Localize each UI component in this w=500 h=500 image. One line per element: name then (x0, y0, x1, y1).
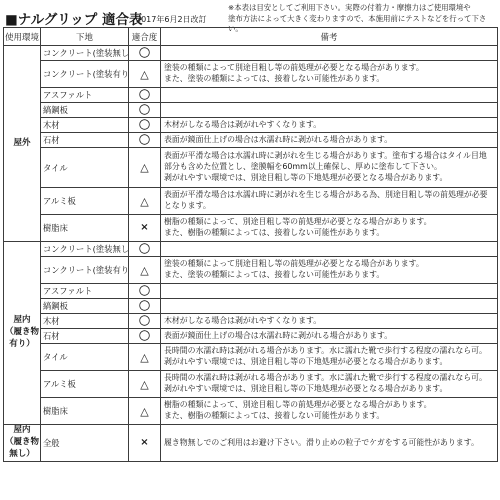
rating-cell: △ (129, 148, 161, 188)
compatibility-sheet: ■ナルグリップ 適合表 2017年6月2日改訂 ※本表は目安としてご利用下さい。… (0, 0, 500, 500)
revision-date: 2017年6月2日改訂 (136, 14, 207, 25)
remark-cell (161, 46, 498, 61)
substrate-cell: アルミ板 (41, 188, 129, 215)
remark-cell (161, 242, 498, 257)
table-row: 樹脂床 △ 樹脂の種類によって、別途目粗し等の前処理が必要となる場合があります。… (4, 398, 498, 425)
table-row: タイル △ 表面が平滑な場合は水濡れ時に剥がれを生じる場合があります。塗布する場… (4, 148, 498, 188)
col-header-substrate: 下地 (41, 28, 129, 46)
substrate-cell: アルミ板 (41, 371, 129, 398)
remark-cell: 履き物無しでのご利用はお避け下さい。滑り止めの粒子でケガをする可能性があります。 (161, 425, 498, 462)
remark-cell: 長時間の水濡れ時は剥がれる場合があります。水に濡れた靴で歩行する程度の濡れなら可… (161, 344, 498, 371)
rating-cell: ○ (129, 133, 161, 148)
rating-cell: × (129, 425, 161, 462)
substrate-cell: 樹脂床 (41, 398, 129, 425)
rating-cell: △ (129, 257, 161, 284)
substrate-cell: タイル (41, 148, 129, 188)
remark-cell: 木材がしなる場合は剥がれやすくなります。 (161, 118, 498, 133)
remark-cell (161, 299, 498, 314)
remark-cell: 表面が平滑な場合は水濡れ時に剥がれを生じる場合がある為、別途目粗し等の前処理が必… (161, 188, 498, 215)
substrate-cell: コンクリート(塗装有り) (41, 257, 129, 284)
substrate-cell: 樹脂床 (41, 215, 129, 242)
substrate-cell: アスファルト (41, 284, 129, 299)
substrate-cell: コンクリート(塗装有り) (41, 61, 129, 88)
rating-cell: ○ (129, 299, 161, 314)
rating-cell: △ (129, 61, 161, 88)
header-row: 使用環境 下地 適合度 備考 (4, 28, 498, 46)
substrate-cell: 木材 (41, 314, 129, 329)
remark-cell (161, 103, 498, 118)
rating-cell: ○ (129, 88, 161, 103)
rating-cell: ○ (129, 314, 161, 329)
table-row: 樹脂床 × 樹脂の種類によって、別途目粗し等の前処理が必要となる場合があります。… (4, 215, 498, 242)
table-row: 屋内 （履き物 無し） 全般 × 履き物無しでのご利用はお避け下さい。滑り止めの… (4, 425, 498, 462)
env-group-indoor-barefoot: 屋内 （履き物 無し） (4, 425, 41, 462)
col-header-env: 使用環境 (4, 28, 41, 46)
rating-cell: △ (129, 398, 161, 425)
table-row: 木材 ○ 木材がしなる場合は剥がれやすくなります。 (4, 118, 498, 133)
substrate-cell: 縞鋼板 (41, 299, 129, 314)
table-row: 木材 ○ 木材がしなる場合は剥がれやすくなります。 (4, 314, 498, 329)
rating-cell: ○ (129, 46, 161, 61)
substrate-cell: 石材 (41, 329, 129, 344)
table-row: 石材 ○ 表面が鏡面仕上げの場合は水濡れ時に剥がれる場合があります。 (4, 133, 498, 148)
substrate-cell: 全般 (41, 425, 129, 462)
remark-cell: 表面が平滑な場合は水濡れ時に剥がれを生じる場合があります。塗布する場合はタイル目… (161, 148, 498, 188)
substrate-cell: コンクリート(塗装無し) (41, 46, 129, 61)
rating-cell: × (129, 215, 161, 242)
substrate-cell: 石材 (41, 133, 129, 148)
rating-cell: ○ (129, 242, 161, 257)
env-group-indoor-footwear: 屋内 （履き物 有り） (4, 242, 41, 425)
remark-cell (161, 88, 498, 103)
rating-cell: ○ (129, 103, 161, 118)
table-row: 屋外 コンクリート(塗装無し) ○ (4, 46, 498, 61)
substrate-cell: タイル (41, 344, 129, 371)
table-row: 石材 ○ 表面が鏡面仕上げの場合は水濡れ時に剥がれる場合があります。 (4, 329, 498, 344)
rating-cell: ○ (129, 284, 161, 299)
rating-cell: ○ (129, 329, 161, 344)
rating-cell: △ (129, 344, 161, 371)
page-title: ■ナルグリップ 適合表 (5, 8, 142, 28)
table-row: タイル △ 長時間の水濡れ時は剥がれる場合があります。水に濡れた靴で歩行する程度… (4, 344, 498, 371)
remark-cell: 塗装の種類によって別途目粗し等の前処理が必要となる場合があります。 また、塗装の… (161, 61, 498, 88)
substrate-cell: 縞鋼板 (41, 103, 129, 118)
rating-cell: △ (129, 188, 161, 215)
table-row: コンクリート(塗装有り) △ 塗装の種類によって別途目粗し等の前処理が必要となる… (4, 61, 498, 88)
remark-cell (161, 284, 498, 299)
env-group-outdoor: 屋外 (4, 46, 41, 242)
table-row: アルミ板 △ 表面が平滑な場合は水濡れ時に剥がれを生じる場合がある為、別途目粗し… (4, 188, 498, 215)
remark-cell: 表面が鏡面仕上げの場合は水濡れ時に剥がれる場合があります。 (161, 329, 498, 344)
table-row: アスファルト ○ (4, 88, 498, 103)
substrate-cell: 木材 (41, 118, 129, 133)
table-row: アスファルト ○ (4, 284, 498, 299)
table-row: コンクリート(塗装有り) △ 塗装の種類によって別途目粗し等の前処理が必要となる… (4, 257, 498, 284)
remark-cell: 長時間の水濡れ時は剥がれる場合があります。水に濡れた靴で歩行する程度の濡れなら可… (161, 371, 498, 398)
table-row: アルミ板 △ 長時間の水濡れ時は剥がれる場合があります。水に濡れた靴で歩行する程… (4, 371, 498, 398)
table-row: 屋内 （履き物 有り） コンクリート(塗装無し) ○ (4, 242, 498, 257)
col-header-remarks: 備考 (161, 28, 498, 46)
compatibility-table: 使用環境 下地 適合度 備考 屋外 コンクリート(塗装無し) ○ コンクリート(… (3, 27, 498, 462)
remark-cell: 樹脂の種類によって、別途目粗し等の前処理が必要となる場合があります。 また、樹脂… (161, 398, 498, 425)
table-row: 縞鋼板 ○ (4, 103, 498, 118)
substrate-cell: コンクリート(塗装無し) (41, 242, 129, 257)
rating-cell: △ (129, 371, 161, 398)
remark-cell: 木材がしなる場合は剥がれやすくなります。 (161, 314, 498, 329)
substrate-cell: アスファルト (41, 88, 129, 103)
rating-cell: ○ (129, 118, 161, 133)
remark-cell: 樹脂の種類によって、別途目粗し等の前処理が必要となる場合があります。 また、樹脂… (161, 215, 498, 242)
remark-cell: 表面が鏡面仕上げの場合は水濡れ時に剥がれる場合があります。 (161, 133, 498, 148)
remark-cell: 塗装の種類によって別途目粗し等の前処理が必要となる場合があります。 また、塗装の… (161, 257, 498, 284)
table-row: 縞鋼板 ○ (4, 299, 498, 314)
col-header-rating: 適合度 (129, 28, 161, 46)
